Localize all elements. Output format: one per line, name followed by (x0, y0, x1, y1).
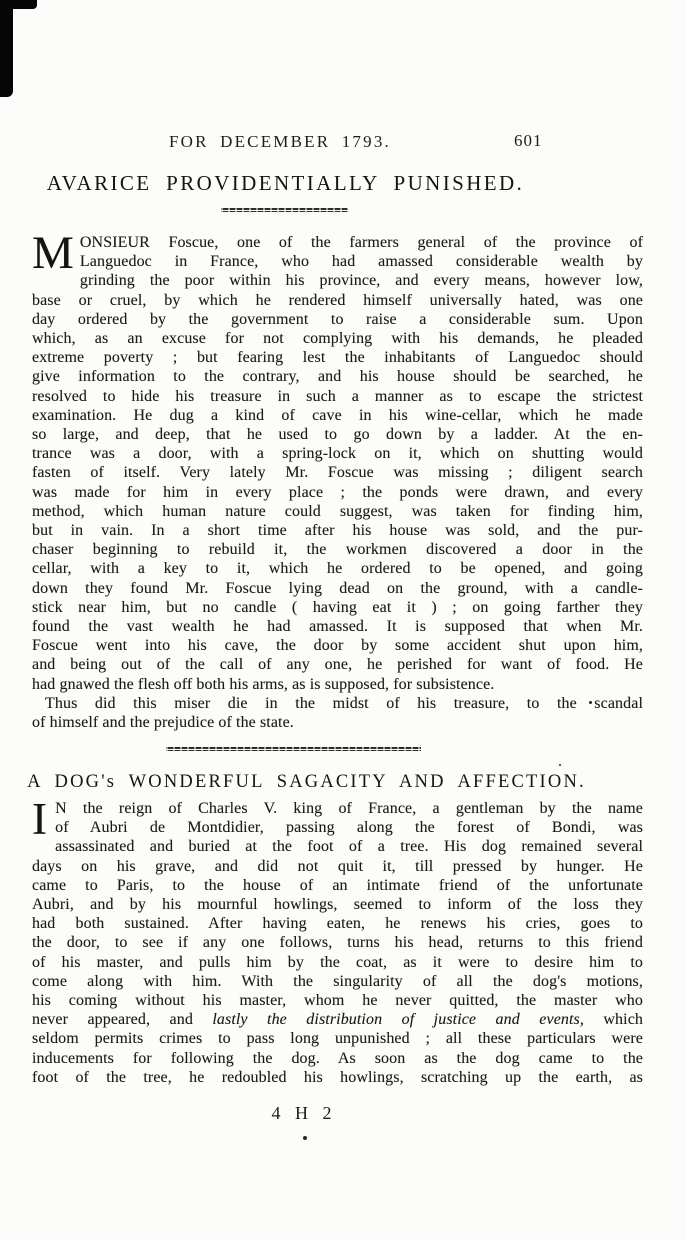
text-segment: which (584, 1011, 643, 1028)
drop-cap: I (32, 799, 47, 839)
scanned-magazine-page: FOR DECEMBER 1793. 601 AVARICE PROVIDENT… (0, 0, 686, 1240)
text-line: came to Paris, to the house of an intima… (32, 876, 643, 895)
text-line: chaser beginning to rebuild it, the work… (32, 540, 643, 559)
text-line: down they found Mr. Foscue lying dead on… (32, 579, 643, 598)
drop-cap: M (32, 233, 74, 273)
ink-speck (559, 764, 561, 766)
text-line: Aubri, and by his mournful howlings, see… (32, 895, 643, 914)
text-line: assassinated and buried at the foot of a… (32, 837, 643, 856)
text-line: resolved to hide his treasure in such a … (32, 387, 643, 406)
article-1-title: AVARICE PROVIDENTIALLY PUNISHED. (0, 171, 591, 196)
article-2-title: A DOG's WONDERFUL SAGACITY AND AFFECTION… (1, 772, 612, 793)
text-line: inducements for following the dog. As so… (32, 1049, 643, 1068)
text-line: N the reign of Charles V. king of France… (32, 799, 643, 818)
text-line: and being out of the call of any one, he… (32, 655, 643, 674)
text-line: day ordered by the government to raise a… (32, 310, 643, 329)
italic-text-segment: lastly the distribution of justice and e… (212, 1011, 584, 1028)
page-number: 601 (514, 131, 543, 151)
text-line: fasten of itself. Very lately Mr. Foscue… (32, 463, 643, 482)
ink-speck (589, 701, 592, 704)
text-line: give information to the contrary, and hi… (32, 367, 643, 386)
text-line: had gnawed the flesh off both his arms, … (32, 675, 643, 694)
signature-mark: 4 H 2 (0, 1103, 609, 1124)
text-line: days on his grave, and did not quit it, … (32, 857, 643, 876)
text-line: had both sustained. After having eaten, … (32, 914, 643, 933)
text-line: grinding the poor within his province, a… (32, 271, 643, 290)
scan-edge-artifact-vertical (0, 0, 13, 97)
text-line: ONSIEUR Foscue, one of the farmers gener… (32, 233, 643, 252)
running-header: FOR DECEMBER 1793. (150, 132, 410, 152)
paragraph: IN the reign of Charles V. king of Franc… (32, 799, 643, 1087)
text-line: Foscue went into his cave, the door by s… (32, 636, 643, 655)
text-line: extreme poverty ; but fearing lest the i… (32, 348, 643, 367)
text-line: found the vast wealth he had amassed. It… (32, 617, 643, 636)
text-line: stick near him, but no candle ( having e… (32, 598, 643, 617)
text-line: never appeared, and lastly the distribut… (32, 1010, 643, 1029)
ink-speck (303, 1136, 307, 1140)
scan-edge-artifact-top (0, 0, 37, 9)
text-line: examination. He dug a kind of cave in hi… (32, 406, 643, 425)
text-line: trance was a door, with a spring-lock on… (32, 444, 643, 463)
text-line: of Aubri de Montdidier, passing along th… (32, 818, 643, 837)
text-line: but in vain. In a short time after his h… (32, 521, 643, 540)
ornamental-rule (166, 747, 421, 751)
text-line: so large, and deep, that he used to go d… (32, 425, 643, 444)
text-line: cellar, with a key to it, which he order… (32, 559, 643, 578)
article-1-body: MONSIEUR Foscue, one of the farmers gene… (32, 233, 643, 732)
text-line: method, which human nature could suggest… (32, 502, 643, 521)
text-line: the door, to see if any one follows, tur… (32, 933, 643, 952)
text-line: his coming without his master, whom he n… (32, 991, 643, 1010)
paragraph: MONSIEUR Foscue, one of the farmers gene… (32, 233, 643, 694)
text-line: foot of the tree, he redoubled his howli… (32, 1068, 643, 1087)
text-line: of himself and the prejudice of the stat… (32, 713, 643, 732)
text-line: of his master, and pulls him by the coat… (32, 953, 643, 972)
text-line: Languedoc in France, who had amassed con… (32, 252, 643, 271)
text-line: was made for him in every place ; the po… (32, 483, 643, 502)
text-line: Thus did this miser die in the midst of … (32, 694, 643, 713)
text-line: come along with him. With the singularit… (32, 972, 643, 991)
article-2-body: IN the reign of Charles V. king of Franc… (32, 799, 643, 1087)
ornamental-rule (221, 208, 348, 212)
text-line: which, as an excuse for not complying wi… (32, 329, 643, 348)
text-line: base or cruel, by which he rendered hims… (32, 291, 643, 310)
text-line: seldom permits crimes to pass long unpun… (32, 1029, 643, 1048)
paragraph: Thus did this miser die in the midst of … (32, 694, 643, 732)
text-segment: never appeared, and (32, 1011, 212, 1028)
